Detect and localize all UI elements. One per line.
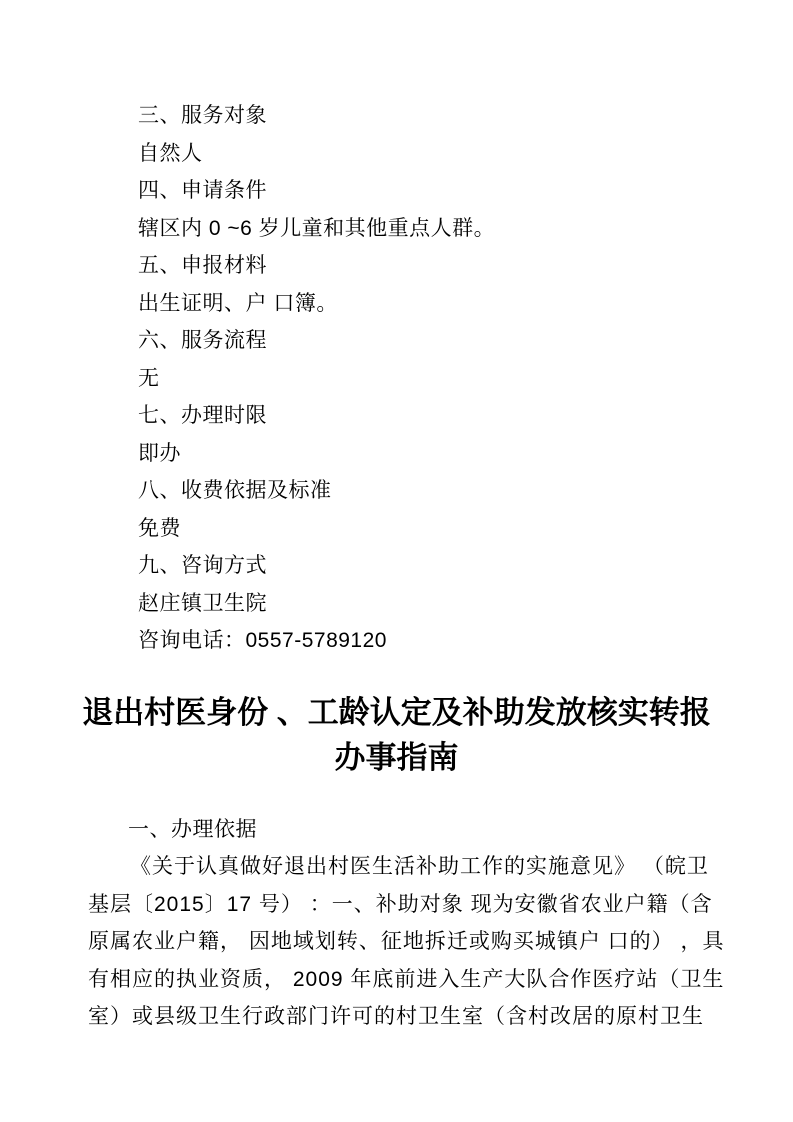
guide-title-line-1: 退出村医身份 、工龄认定及补助发放核实转报 [70, 690, 723, 735]
guide-item-heading: 三、服务对象 [138, 97, 793, 135]
guide-item-value: 自然人 [138, 135, 793, 173]
guide-item-value: 赵庄镇卫生院 [138, 585, 793, 623]
document-page: 三、服务对象 自然人 四、申请条件 辖区内 0 ~6 岁儿童和其他重点人群。 五… [0, 0, 793, 1122]
paragraph-line: 有相应的执业资质， 2009 年底前进入生产大队合作医疗站（卫生 [88, 961, 723, 999]
paragraph-line: 《关于认真做好退出村医生活补助工作的实施意见》 （皖卫 [88, 848, 723, 886]
guide-title-line-2: 办事指南 [70, 735, 723, 780]
guide-item-value: 即办 [138, 435, 793, 473]
guide-item-value: 出生证明、户 口簿。 [138, 285, 793, 323]
guide-item-heading: 八、收费依据及标准 [138, 472, 793, 510]
section-heading-basis: 一、办理依据 [88, 811, 723, 849]
guide-item-heading: 九、咨询方式 [138, 547, 793, 585]
guide-item-heading: 七、办理时限 [138, 397, 793, 435]
guide-item-phone: 咨询电话：0557-5789120 [138, 622, 793, 660]
guide-item-value: 无 [138, 360, 793, 398]
legal-basis-section: 一、办理依据 《关于认真做好退出村医生活补助工作的实施意见》 （皖卫 基层〔20… [0, 811, 793, 1036]
guide-item-heading: 六、服务流程 [138, 322, 793, 360]
service-guide-list: 三、服务对象 自然人 四、申请条件 辖区内 0 ~6 岁儿童和其他重点人群。 五… [0, 0, 793, 660]
paragraph-line: 室）或县级卫生行政部门许可的村卫生室（含村改居的原村卫生 [88, 998, 723, 1036]
paragraph-line: 原属农业户籍， 因地域划转、征地拆迁或购买城镇户 口的） ，具 [88, 923, 723, 961]
paragraph-line: 基层〔2015〕17 号） ：一、补助对象 现为安徽省农业户籍（含 [88, 886, 723, 924]
guide-item-heading: 五、申报材料 [138, 247, 793, 285]
guide-item-heading: 四、申请条件 [138, 172, 793, 210]
guide-title: 退出村医身份 、工龄认定及补助发放核实转报 办事指南 [0, 690, 793, 780]
guide-item-value: 辖区内 0 ~6 岁儿童和其他重点人群。 [138, 210, 793, 248]
guide-item-value: 免费 [138, 510, 793, 548]
